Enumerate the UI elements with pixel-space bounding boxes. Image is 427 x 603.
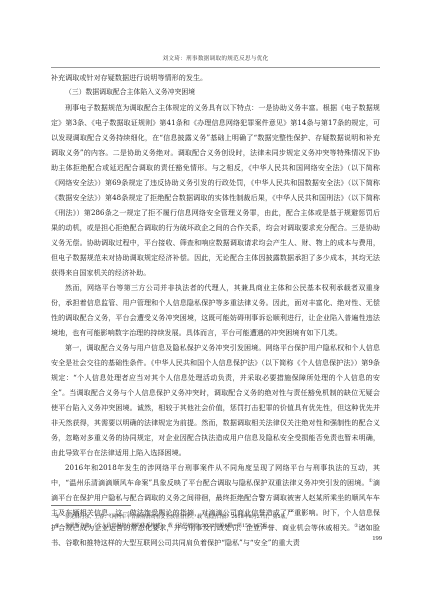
- paragraph: 第一，调取配合义务与用户信息及隐私保护义务冲突引发困境。网络平台保护用户隐私权和…: [51, 340, 380, 460]
- paragraph-continuation: 补充调取或针对存疑数据进行说明等情形的发生。: [51, 70, 380, 85]
- page-number: 199: [372, 535, 382, 542]
- footnote-text: 参见靳方鑫：《个人信息保护合规的体系构建》，载《法学研究》2022年第4期，第1…: [65, 523, 272, 529]
- running-head: 刘文琦：刑事数据调取的规范反思与优化: [51, 54, 380, 62]
- paragraph: 刑事电子数据规范为调取配合主体规定的义务具有以下特点：一是协助义务丰富。根据《电…: [51, 100, 380, 280]
- body-text: 补充调取或针对存疑数据进行说明等情形的发生。 （三）数据调取配合主体陷入义务冲突…: [51, 70, 380, 550]
- paragraph: 然而，网络平台等第三方公司并非执法者的代理人，其兼具商业主体和公民基本权利承载者…: [51, 280, 380, 340]
- footnote-1: ①参见韩丹东、王春：《网约车平台须将消费者安全放在首位》，载《法治日报》2018…: [55, 513, 380, 522]
- footnote-2: ②参见靳方鑫：《个人信息保护合规的体系构建》，载《法学研究》2022年第4期，第…: [55, 522, 380, 531]
- section-subheading: （三）数据调取配合主体陷入义务冲突困境: [51, 85, 380, 100]
- paragraph-text: 2016年和2018年发生的涉网络平台刑事案件从不同角度呈现了网络平台与刑事执法…: [51, 463, 380, 487]
- footnote-mark: ②: [55, 522, 65, 531]
- footnote-rule: [51, 505, 131, 506]
- header-rule: [51, 67, 380, 68]
- footnote-mark: ①: [55, 513, 65, 522]
- footnote-text: 参见韩丹东、王春：《网约车平台须将消费者安全放在首位》，载《法治日报》2018年…: [65, 514, 290, 520]
- footnotes: ①参见韩丹东、王春：《网约车平台须将消费者安全放在首位》，载《法治日报》2018…: [55, 513, 380, 532]
